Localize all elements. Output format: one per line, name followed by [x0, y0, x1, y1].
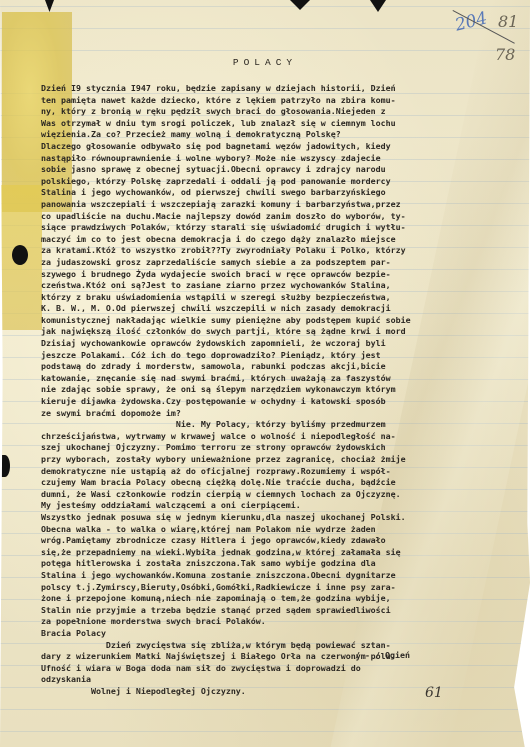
text-line: co upadliście na duchu.Macie najlepszy d…	[41, 211, 511, 223]
archive-number-crossed: 81	[498, 12, 518, 31]
text-line: Ufność i wiara w Boga doda nam sił do zw…	[41, 663, 511, 675]
text-line: maczyć im co to jest obecna demokracja i…	[41, 234, 511, 246]
text-line: Stalin nie przyjmie a trzeba będzie stan…	[41, 605, 511, 617]
text-line: nie zdając sobie sprawy, że oni są ślepy…	[41, 384, 511, 396]
torn-edge	[370, 0, 386, 12]
document-title: POLACY	[0, 57, 530, 68]
text-line: Was otrzymał w dniu tym srogi policzek, …	[41, 118, 511, 130]
text-line: czeństwa.Któż oni są?Jest to zasiane zia…	[41, 280, 511, 292]
text-line: Bracia Polacy	[41, 628, 511, 640]
text-line: Nie. My Polacy, którzy byliśmy przedmurz…	[41, 419, 511, 431]
text-line: ten pamięta nawet każde dziecko, które z…	[41, 95, 511, 107]
text-line: Obecna walka - to walka o wiarę,której n…	[41, 524, 511, 536]
text-line: My jesteśmy oddziałami walczącemi a oni …	[41, 500, 511, 512]
text-line: nastąpiło równouprawnienie i wolne wybor…	[41, 153, 511, 165]
signature: / - / Ogień	[355, 650, 410, 660]
page-mark: 61	[425, 685, 443, 701]
text-line: demokratyczne nie ustąpią aż do oficjaln…	[41, 466, 511, 478]
text-line: za kratami.Któż to wszystko zrobił??Ty z…	[41, 245, 511, 257]
text-line: siące prawdziwych Polaków, którzy staral…	[41, 222, 511, 234]
text-line: Stalina i jego wychowanków.Komuna zostan…	[41, 570, 511, 582]
text-line: panowania wszczepiali i wszczepiają zara…	[41, 199, 511, 211]
text-line: za judaszowski grosz zaprzedaliście samy…	[41, 257, 511, 269]
text-line: dary z wizerunkiem Matki Najświętszej i …	[41, 651, 511, 663]
text-line: Dzień I9 stycznia I947 roku, będzie zapi…	[41, 83, 511, 95]
text-line: szej ukochanej Ojczyzny. Pomimo terroru …	[41, 442, 511, 454]
text-line: ze swymi braćmi dopomoże im?	[41, 408, 511, 420]
text-line: Dzień zwycięstwa się zbliża,w którym będ…	[41, 640, 511, 652]
text-line: Dlaczego głosowanie odbywało się pod bag…	[41, 141, 511, 153]
text-line: którzy z braku uświadomienia wstąpili w …	[41, 292, 511, 304]
text-line: jeszcze Polakami. Cóż ich do tego doprow…	[41, 350, 511, 362]
text-line: jak największą ilość członków do swych p…	[41, 326, 511, 338]
punch-hole	[0, 455, 10, 477]
text-line: przy wyborach, zostały wybory unieważnio…	[41, 454, 511, 466]
text-line: potęga hitlerowska i została zniszczona.…	[41, 558, 511, 570]
text-line: podstawą do zdrady i morderstw, samowola…	[41, 361, 511, 373]
text-line: ny, który z bronią w ręku pędził swych b…	[41, 106, 511, 118]
torn-edge	[45, 0, 54, 12]
text-line: sobie jasno sprawę z obecnej sytuacji.Ob…	[41, 164, 511, 176]
text-line: polscy t.j.Zymirscy,Bieruty,Osóbki,Gomół…	[41, 582, 511, 594]
document-page: 204 81 78 POLACY Dzień I9 stycznia I947 …	[0, 0, 530, 747]
text-line: żone i przepojone komuną,niech nie zapom…	[41, 593, 511, 605]
text-line: szywego i brudnego Żyda wydajecie swoich…	[41, 269, 511, 281]
punch-hole	[12, 245, 28, 265]
text-line: wróg.Pamiętamy zbrodnicze czasy Hitlera …	[41, 535, 511, 547]
text-line: kieruje dijawka żydowska.Czy postępowani…	[41, 396, 511, 408]
document-body: Dzień I9 stycznia I947 roku, będzie zapi…	[41, 83, 511, 697]
text-line: więzienia.Za co? Przecież mamy wolną i d…	[41, 129, 511, 141]
text-line: się,że przepadniemy na wieki.Wybiła jedn…	[41, 547, 511, 559]
text-line: Wszystko jednak posuwa się w jednym kier…	[41, 512, 511, 524]
text-line: polskiego, którzy Polskę zaprzedali i od…	[41, 176, 511, 188]
text-line: dumni, że Wasi członkowie rodzin cierpią…	[41, 489, 511, 501]
text-line: za popełnione morderstwa swych braci Pol…	[41, 616, 511, 628]
torn-edge	[290, 0, 310, 10]
text-line: czujemy Wam bracia Polacy obecną ciężką …	[41, 477, 511, 489]
text-line: katowanie, znęcanie się nad swymi braćmi…	[41, 373, 511, 385]
text-line: komunistycznej nakładając wielkie sumy p…	[41, 315, 511, 327]
text-line: chrześcijaństwa, wytrwamy w krwawej walc…	[41, 431, 511, 443]
text-line: Stalina i jego wychowanków, od pierwszej…	[41, 187, 511, 199]
text-line: K. B. W., M. O.Od pierwszej chwili wszcz…	[41, 303, 511, 315]
text-line: Dzisiaj wychowankowie oprawców żydowskic…	[41, 338, 511, 350]
